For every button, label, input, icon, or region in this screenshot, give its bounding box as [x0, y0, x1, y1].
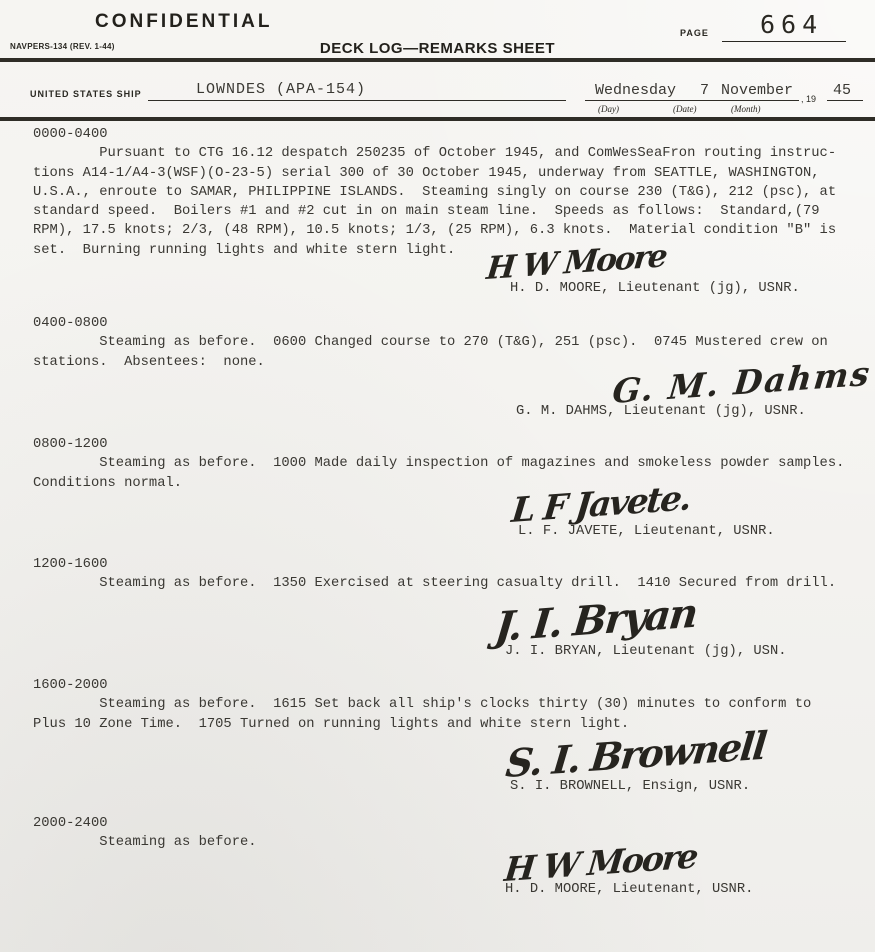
entry-remarks: Steaming as before. 1000 Made daily insp…	[33, 454, 875, 493]
month-caption: (Month)	[731, 104, 761, 114]
signature-block: H W Moore H. D. MOORE, Lieutenant, USNR.	[505, 882, 753, 897]
watch-period: 0000-0400	[33, 125, 875, 144]
signature-block: J. I. Bryan J. I. BRYAN, Lieutenant (jg)…	[505, 644, 787, 659]
log-entry-1200-1600: 1200-1600 Steaming as before. 1350 Exerc…	[33, 555, 875, 594]
date-number-value: 7	[700, 82, 709, 99]
watch-period: 1600-2000	[33, 676, 875, 695]
sheet-title: DECK LOG—REMARKS SHEET	[0, 40, 875, 57]
date-month-value: November	[721, 82, 793, 99]
date-underline	[585, 100, 799, 101]
date-year-value: 45	[833, 82, 851, 99]
signature-block: L F Javete. L. F. JAVETE, Lieutenant, US…	[518, 524, 775, 539]
year-underline	[827, 100, 863, 101]
classification-stamp: CONFIDENTIAL	[95, 11, 272, 33]
log-entry-2000-2400: 2000-2400 Steaming as before. H W Moore …	[33, 814, 875, 853]
date-day-value: Wednesday	[595, 82, 676, 99]
log-entry-1600-2000: 1600-2000 Steaming as before. 1615 Set b…	[33, 676, 875, 734]
handwritten-signature: J. I. Bryan	[493, 594, 698, 648]
header-rule-bottom	[0, 117, 875, 121]
signature-block: H W Moore H. D. MOORE, Lieutenant (jg), …	[510, 281, 800, 296]
log-entry-0400-0800: 0400-0800 Steaming as before. 0600 Chang…	[33, 314, 875, 372]
ship-name: LOWNDES (APA-154)	[196, 81, 366, 98]
date-caption: (Date)	[673, 104, 697, 114]
header-rule-top	[0, 58, 875, 62]
watch-period: 1200-1600	[33, 555, 875, 574]
day-caption: (Day)	[598, 104, 619, 114]
page-label: PAGE	[680, 28, 709, 38]
signature-block: G. M. Dahms G. M. DAHMS, Lieutenant (jg)…	[516, 404, 806, 419]
watch-period: 2000-2400	[33, 814, 875, 833]
watch-period: 0400-0800	[33, 314, 875, 333]
ship-label: UNITED STATES SHIP	[30, 89, 142, 99]
log-entry-0800-1200: 0800-1200 Steaming as before. 1000 Made …	[33, 435, 875, 493]
signature-block: S. I. Brownell S. I. BROWNELL, Ensign, U…	[510, 779, 750, 794]
page-number: 664	[760, 10, 823, 39]
entry-remarks: Steaming as before.	[33, 833, 875, 852]
year-prefix: , 19	[801, 94, 816, 104]
entry-remarks: Pursuant to CTG 16.12 despatch 250235 of…	[33, 144, 875, 260]
deck-log-remarks-sheet: CONFIDENTIAL PAGE 664 NAVPERS-134 (REV. …	[0, 0, 875, 952]
ship-name-underline	[148, 100, 566, 101]
watch-period: 0800-1200	[33, 435, 875, 454]
handwritten-signature: L F Javete.	[510, 481, 692, 528]
handwritten-signature: S. I. Brownell	[504, 727, 767, 783]
entry-remarks: Steaming as before. 1350 Exercised at st…	[33, 574, 875, 593]
typed-signature: H. D. MOORE, Lieutenant (jg), USNR.	[510, 281, 800, 296]
log-entry-0000-0400: 0000-0400 Pursuant to CTG 16.12 despatch…	[33, 125, 875, 260]
